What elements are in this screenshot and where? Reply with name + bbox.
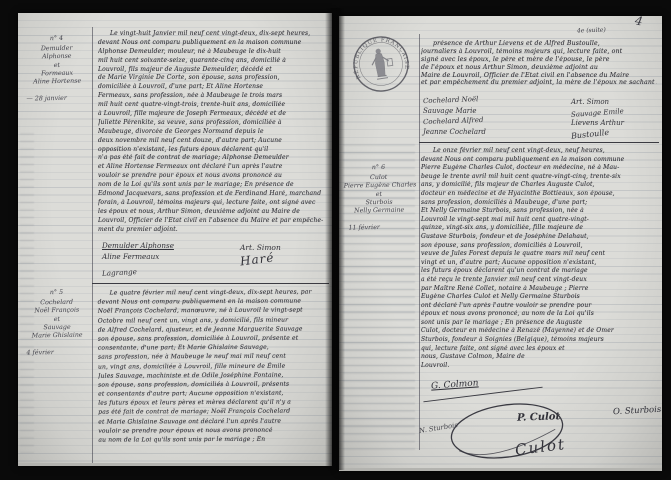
margin-note-line: 11 février — [344, 224, 414, 233]
signature: G. Colmon — [431, 378, 479, 391]
margin-note-act5: n° 5CochelardNoël FrançoisetSauvageMarie… — [21, 288, 92, 358]
signature: Cochelard Noël — [423, 94, 486, 107]
handwriting-line: vingt et un, d'autre part; Aucune opposi… — [421, 259, 657, 268]
handwriting-line: vouloir se prendre pour époux et nous av… — [98, 172, 328, 181]
scanned-register: n° 4DemulderAlphonseetFormeauxAline Hort… — [0, 0, 671, 480]
margin-note-line: Aline Hortense — [22, 77, 92, 86]
handwriting-line: opposition n'existant, les futurs époux … — [98, 146, 328, 155]
folio-number: 4 — [634, 13, 644, 28]
margin-note-line: — 28 janvier — [22, 95, 92, 104]
handwriting-line: Pierre Eugène Charles Culot, docteur en … — [421, 164, 657, 173]
republique-francaise-stamp: RÉPUBLIQUE FRANÇAISE — [348, 31, 414, 97]
signature: Demulder Alphonse — [102, 241, 174, 252]
handwriting-line: Maubeuge, divorcée de Georges Normand de… — [98, 128, 328, 137]
handwriting-line: Gustave Sturbois, fondeur et de Joséphin… — [421, 233, 657, 242]
handwriting-line: son épouse, sans profession, domiciliés … — [421, 242, 657, 251]
signature: Jeanne Cochelard — [423, 127, 486, 138]
act-divider — [419, 142, 659, 143]
handwriting-line: Maire de Louvroil, Officier de l'État ci… — [421, 72, 657, 80]
margin-note-act6: n° 6CulotPierre Eugène CharlesetSturbois… — [343, 163, 414, 233]
signature: Lagrange — [102, 265, 174, 279]
handwriting-line: Louvroil le vingt-sept mai mil huit cent… — [421, 216, 657, 225]
handwriting-line: Louvroil, Officier de l'État civil en l'… — [98, 217, 328, 226]
margin-note-act4: n° 4DemulderAlphonseetFormeauxAline Hort… — [21, 34, 92, 104]
right-page: 4 4e (suite) RÉPUBLIQUE FRANÇAISE présen… — [339, 16, 662, 471]
margin-note-line: n° 6 — [343, 163, 413, 172]
handwriting-line: époux et nous avons prononcé, au nom de … — [421, 310, 657, 319]
act4-signatures-left: Demulder AlphonseAline FermeauxLagrange — [102, 241, 174, 278]
handwriting-line: Fermeaux, sans profession, née à Maubeug… — [98, 92, 328, 101]
handwriting-line: mil huit cent quatre-vingt-trois, trente… — [98, 101, 328, 110]
handwriting-line: Eugène Charles Culot et Nelly Germaine S… — [421, 293, 657, 302]
handwriting-line: signé avec les époux, le père et mère de… — [421, 56, 657, 64]
handwriting-line: Louvroil, fils majeur de Auguste Demeuld… — [98, 66, 328, 75]
handwriting-line: mil huit cent soixante-seize, quarante-c… — [98, 57, 328, 66]
handwriting-line: ment du premier adjoint. — [98, 226, 328, 235]
act4-signatures: Demulder AlphonseAline FermeauxLagrange … — [98, 241, 328, 283]
act4-signatures-right: Art. SimonHaré — [240, 242, 281, 265]
handwriting-line: ont déclaré l'un après l'autre vouloir s… — [421, 302, 657, 311]
act6-text-block: Le onze février mil neuf cent vingt-deux… — [421, 147, 657, 370]
left-page: n° 4DemulderAlphonseetFormeauxAline Hort… — [18, 13, 332, 466]
handwriting-line: de Marie Virginie De Corte, son épouse, … — [98, 74, 328, 83]
handwriting-line: sont unis par le mariage ; En présence d… — [421, 319, 657, 328]
signature: Aline Fermeaux — [102, 252, 174, 263]
handwriting-line: nom de la Loi qu'ils sont unis par le ma… — [98, 181, 328, 190]
handwriting-line: les époux et nous, Arthur Simon, deuxièm… — [98, 208, 328, 217]
handwriting-line: forain, à Louvroil, témoins majeurs qui,… — [98, 199, 328, 208]
handwriting-line: Culot, docteur en médecine à Renazé (May… — [421, 327, 657, 336]
handwriting-line: veuve de Jules Forest depuis le quatre m… — [421, 250, 657, 259]
handwriting-line: présence de Arthur Lievens et de Alfred … — [421, 40, 657, 48]
handwriting-line: deux novembre mil neuf cent douze, d'aut… — [98, 137, 328, 146]
signature: O. Sturbois — [613, 405, 662, 418]
signature: Haré — [239, 252, 281, 268]
handwriting-line: les futurs époux déclarent qu'un contrat… — [421, 267, 657, 276]
handwriting-line: sans profession, domiciliés à Maubeuge, … — [421, 199, 657, 208]
handwriting-line: docteur en médecine et de Hyacinthe Bott… — [421, 190, 657, 199]
handwriting-line: Le onze février mil neuf cent vingt-deux… — [421, 147, 657, 156]
handwriting-line: et Aline Hortense Fermeaux ont déclaré l… — [98, 163, 328, 172]
margin-note-line: n° 4 — [21, 34, 91, 43]
handwriting-line: Noël François Cochelard, manœuvre, né à … — [98, 306, 328, 316]
handwriting-line: nous, Gustave Colmon, Maire de — [421, 353, 657, 362]
handwriting-line: Juliette Pérenkite, sa veuve, sans profe… — [98, 119, 328, 128]
handwriting-line: par Maître René Collet, notaire à Maubeu… — [421, 285, 657, 294]
handwriting-line: Et Nelly Germaine Sturbois, sans profess… — [421, 207, 657, 216]
handwriting-line: devant Nous ont comparu publiquement en … — [98, 39, 328, 48]
handwriting-line: Le vingt-huit Janvier mil neuf cent ving… — [98, 30, 328, 39]
act5-continuation-text: présence de Arthur Lievens et de Alfred … — [421, 40, 657, 87]
act5-signatures-right: Art. SimonSauvage EmileLievens ArthurBus… — [571, 97, 624, 139]
handwriting-line: Alphonse Demeulder, mouleur, né à Maubeu… — [98, 48, 328, 57]
handwriting-line: quinze, vingt-six ans, y domiciliée, fil… — [421, 224, 657, 233]
act5-signatures-left: Cochelard NoëlSauvage MarieCochelard Alf… — [423, 95, 486, 137]
act5-signatures: Cochelard NoëlSauvage MarieCochelard Alf… — [421, 95, 657, 141]
margin-note-line: n° 5 — [21, 288, 91, 297]
margin-note-line: Marie Ghislaine — [22, 331, 92, 340]
handwriting-line: Louvroil. — [421, 362, 657, 371]
margin-note-line: Pierre Eugène Charles — [344, 182, 414, 191]
handwriting-line: Sturbois, fondeur à Soignies (Belgique),… — [421, 336, 657, 345]
continuation-note: 4e (suite) — [577, 26, 606, 34]
act4-text-block: Le vingt-huit Janvier mil neuf cent ving… — [98, 30, 328, 234]
handwriting-line: au nom de la Loi qu'ils sont unis par le… — [98, 434, 328, 444]
handwriting-line: Edmond Jacquevars, sans profession et de… — [98, 190, 328, 199]
handwriting-line: domiciliée à Louvroil, d'une part; Et Al… — [98, 83, 328, 92]
act5-text-block: Le quatre février mil neuf cent vingt-de… — [98, 287, 329, 444]
handwriting-line: et par empêchement du premier adjoint, l… — [421, 79, 657, 87]
marianne-figure — [370, 47, 394, 80]
handwriting-line: devant Nous ont comparu publiquement en … — [421, 156, 657, 165]
handwriting-line: a été reçu le trente Janvier mil neuf ce… — [421, 276, 657, 285]
handwriting-line: ans, y domicilié, fils majeur de Charles… — [421, 181, 657, 190]
handwriting-line: de l'époux et nous Arthur Simon, deuxièm… — [421, 64, 657, 72]
signature: Cochelard Alfred — [423, 115, 486, 128]
margin-note-line: Nelly Germaine — [344, 206, 414, 215]
act-divider — [92, 283, 329, 284]
handwriting-line: n'a pas été fait de contrat de mariage; … — [98, 154, 328, 163]
handwriting-line: qui, lecture faite, ont signé avec les é… — [421, 345, 657, 354]
handwriting-line: à Louvroil, fille majeure de Joseph Ferm… — [98, 110, 328, 119]
handwriting-line: journaliers à Louvroil, témoins majeurs … — [421, 48, 657, 56]
margin-note-line: 4 février — [22, 349, 92, 358]
handwriting-line: beuge le trente avril mil huit cent quat… — [421, 173, 657, 182]
